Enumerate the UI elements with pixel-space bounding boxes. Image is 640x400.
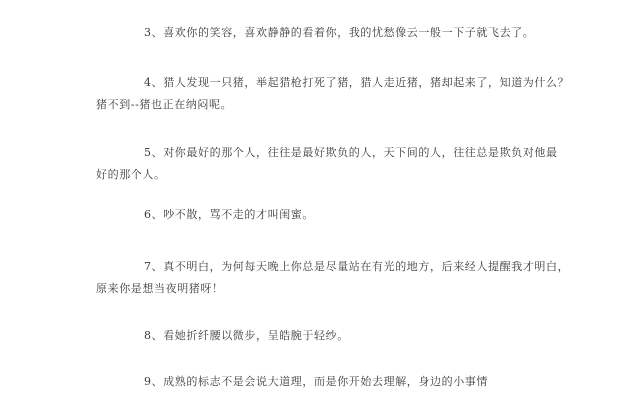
item-text: 5、对你最好的那个人，往往是最好欺负的人，天下间的人，往往总是欺负对他最	[96, 142, 544, 164]
item-text: 4、猎人发现一只猪，举起猎枪打死了猪，猎人走近猪，猪却起来了，知道为什么？	[96, 72, 544, 94]
list-item-7: 7、真不明白，为何每天晚上你总是尽量站在有光的地方，后来经人提醒我才明白， 原来…	[96, 256, 544, 300]
item-text: 3、喜欢你的笑容，喜欢静静的看着你，我的忧愁像云一般一下子就飞去了。	[96, 22, 544, 44]
item-text: 6、吵不散，骂不走的才叫闺蜜。	[96, 204, 544, 226]
list-item-4: 4、猎人发现一只猪，举起猎枪打死了猪，猎人走近猪，猪却起来了，知道为什么？ 猪不…	[96, 72, 544, 116]
item-text: 8、看她折纤腰以微步，呈皓腕于轻纱。	[96, 325, 544, 347]
item-text: 7、真不明白，为何每天晚上你总是尽量站在有光的地方，后来经人提醒我才明白，	[96, 256, 544, 278]
item-text-cont: 猪不到--猪也正在纳闷呢。	[96, 94, 544, 116]
list-item-9: 9、成熟的标志不是会说大道理，而是你开始去理解，身边的小事情	[96, 371, 544, 393]
item-text: 9、成熟的标志不是会说大道理，而是你开始去理解，身边的小事情	[96, 371, 544, 393]
item-text-cont: 好的那个人。	[96, 164, 544, 186]
list-item-8: 8、看她折纤腰以微步，呈皓腕于轻纱。	[96, 325, 544, 347]
list-item-5: 5、对你最好的那个人，往往是最好欺负的人，天下间的人，往往总是欺负对他最 好的那…	[96, 142, 544, 186]
item-text-cont: 原来你是想当夜明猪呀！	[96, 278, 544, 300]
document-page: 3、喜欢你的笑容，喜欢静静的看着你，我的忧愁像云一般一下子就飞去了。 4、猎人发…	[0, 0, 640, 400]
list-item-6: 6、吵不散，骂不走的才叫闺蜜。	[96, 204, 544, 226]
list-item-3: 3、喜欢你的笑容，喜欢静静的看着你，我的忧愁像云一般一下子就飞去了。	[96, 22, 544, 44]
